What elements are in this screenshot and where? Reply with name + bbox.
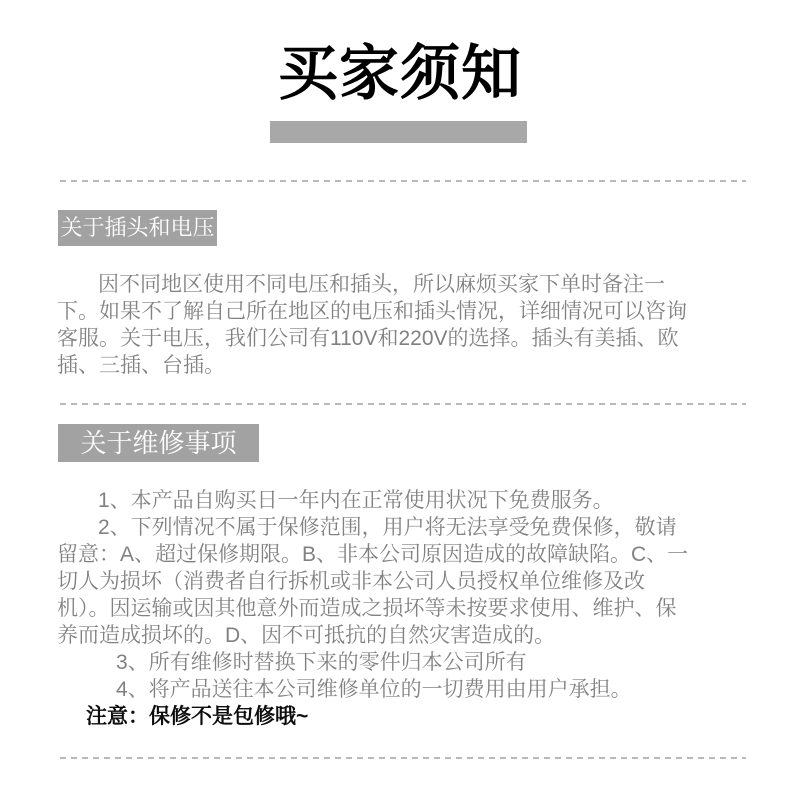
repair-term-line: 机）。因运输或因其他意外而造成之损坏等未按要求使用、维护、保 xyxy=(57,595,747,622)
repair-terms-list: 1、本产品自购买日一年内在正常使用状况下免费服务。 2、下列情况不属于保修范围，… xyxy=(57,487,747,730)
page-title: 买家须知 xyxy=(0,40,800,108)
dashed-divider-bottom xyxy=(60,757,746,759)
paragraph-line: 客服。关于电压，我们公司有110V和220V的选择。插头有美插、欧 xyxy=(57,325,747,352)
warranty-notice-line: 注意：保修不是包修哦~ xyxy=(57,703,747,730)
dashed-divider-middle xyxy=(60,403,746,405)
repair-term-line: 3、所有维修时替换下来的零件归本公司所有 xyxy=(57,649,747,676)
paragraph-line: 下。如果不了解自己所在地区的电压和插头情况，详细情况可以咨询 xyxy=(57,298,747,325)
paragraph-line: 因不同地区使用不同电压和插头，所以麻烦买家下单时备注一 xyxy=(57,271,747,298)
repair-term-line: 留意：A、超过保修期限。B、非本公司原因造成的故障缺陷。C、一 xyxy=(57,541,747,568)
plug-voltage-paragraph: 因不同地区使用不同电压和插头，所以麻烦买家下单时备注一 下。如果不了解自己所在地… xyxy=(57,271,747,379)
buyer-notice-page: 买家须知 关于插头和电压 因不同地区使用不同电压和插头，所以麻烦买家下单时备注一… xyxy=(0,0,800,800)
repair-term-line: 2、下列情况不属于保修范围，用户将无法享受免费保修，敬请 xyxy=(57,514,747,541)
repair-term-line: 切人为损坏（消费者自行拆机或非本公司人员授权单位维修及改 xyxy=(57,568,747,595)
dashed-divider-top xyxy=(60,180,746,182)
repair-term-line: 养而造成损坏的。D、因不可抵抗的自然灾害造成的。 xyxy=(57,622,747,649)
section-header-repair-terms: 关于维修事项 xyxy=(58,424,259,462)
repair-term-line: 4、将产品送往本公司维修单位的一切费用由用户承担。 xyxy=(57,676,747,703)
title-underline-bar xyxy=(270,121,527,143)
repair-term-line: 1、本产品自购买日一年内在正常使用状况下免费服务。 xyxy=(57,487,747,514)
section-header-plug-voltage: 关于插头和电压 xyxy=(58,210,217,246)
paragraph-line: 插、三插、台插。 xyxy=(57,352,747,379)
